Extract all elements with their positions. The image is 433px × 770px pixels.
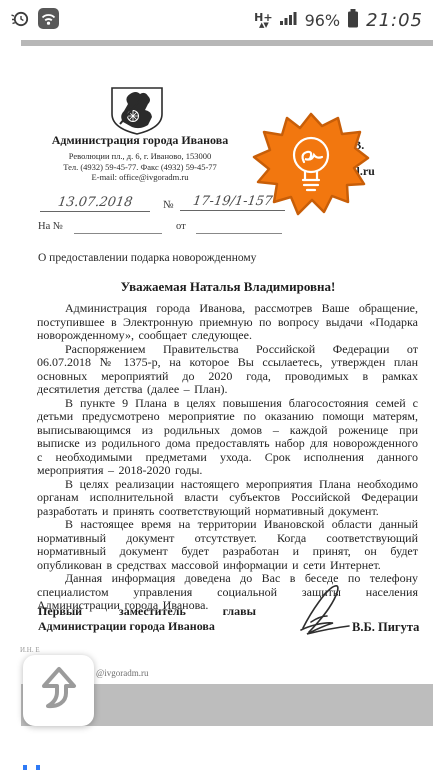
signature-position: Первый заместитель главы Администрации г… (38, 604, 256, 634)
mobile-data-icon: H+ ▲▼ (254, 12, 272, 29)
alarm-icon (10, 9, 29, 32)
executor-email-fragment: @ivgoradm.ru (96, 668, 149, 678)
body-paragraph: В настоящее время на территории Ивановск… (37, 518, 418, 572)
subject-line: О предоставлении подарка новорожденному (38, 252, 256, 264)
from-blank-line (196, 222, 282, 234)
date-handwritten: 13.07.2018 (40, 194, 150, 212)
battery-percent: 96% (305, 11, 341, 30)
bottom-blue-fragment (23, 765, 27, 770)
status-bar: H+ ▲▼ 96% 21:05 (0, 0, 433, 40)
executor-line-fragment: И.Н. Е (20, 646, 40, 654)
address-line-2: Тел. (4932) 59-45-77. Факс (4932) 59-45-… (35, 162, 245, 173)
number-handwritten: 17-19/1-157 (180, 193, 285, 211)
body-paragraph: Администрация города Иванова, рассмотрев… (37, 302, 418, 343)
body-paragraph: В пункте 9 Плана в целях повышения благо… (37, 397, 418, 478)
signer-name: В.Б. Пигута (352, 620, 419, 635)
signature-autograph (293, 582, 355, 643)
signature-position-line2: Администрации города Иванова (38, 619, 256, 634)
from-label: от (176, 221, 186, 232)
number-sign: № (163, 199, 174, 211)
reply-number-blank-line (74, 222, 162, 234)
address-line-3: E-mail: office@ivgoradm.ru (35, 172, 245, 183)
signature-position-line1: Первый заместитель главы (38, 604, 256, 619)
wifi-icon (37, 7, 60, 34)
signal-strength-icon (280, 10, 298, 30)
curved-arrow-icon (38, 665, 80, 716)
reply-number-label: На № (38, 221, 63, 232)
body-paragraph: В целях реализации настоящего мероприяти… (37, 478, 418, 519)
bottom-blue-fragment (36, 765, 40, 770)
letter-body: Администрация города Иванова, рассмотрев… (37, 302, 418, 613)
back-button[interactable] (23, 655, 94, 726)
org-name: Администрация города Иванова (40, 133, 240, 148)
address-line-1: Революции пл., д. 6, г. Иваново, 153000 (35, 151, 245, 162)
salutation: Уважаемая Наталья Владимировна! (38, 279, 418, 295)
org-address: Революции пл., д. 6, г. Иваново, 153000 … (35, 151, 245, 183)
clock-text: 21:05 (366, 10, 423, 31)
body-paragraph: Распоряжением Правительства Российской Ф… (37, 343, 418, 397)
battery-icon (347, 9, 359, 32)
phone-screen: H+ ▲▼ 96% 21:05 (0, 0, 433, 770)
scan-top-edge (21, 40, 433, 46)
